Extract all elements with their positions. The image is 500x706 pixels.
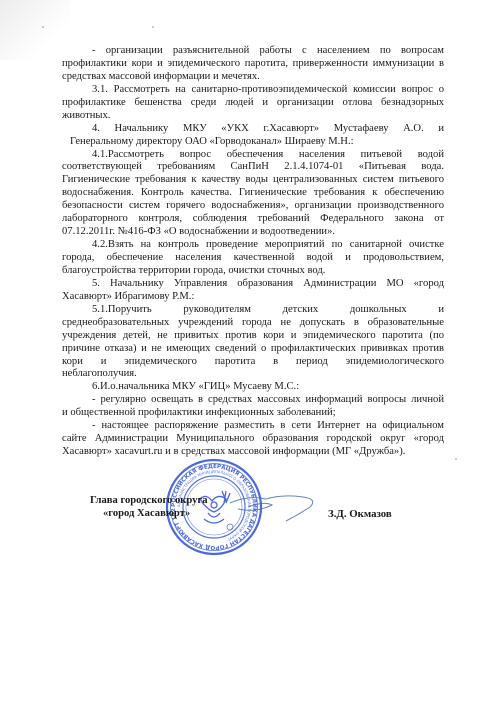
signature-title-line2: «город Хасавюрт»	[90, 507, 208, 520]
document-line: 3.1. Рассмотреть на санитарно-противоэпи…	[62, 84, 444, 97]
document-line: 4.1.Рассмотреть вопрос обеспечения насел…	[62, 149, 444, 162]
document-line: 4. Начальнику МКУ «УКХ г.Хасавюрт» Муста…	[62, 123, 444, 136]
document-line: 5.1.Поручить руководителям детских дошко…	[62, 304, 444, 317]
document-line: животных.	[62, 110, 444, 123]
document-line: неблагополучия.	[62, 368, 444, 381]
document-line: безопасности систем горячего водоснабжен…	[62, 200, 444, 213]
document-line: - регулярно освещать в средствах массовы…	[62, 394, 444, 407]
document-line: 5. Начальнику Управления образования Адм…	[62, 278, 444, 291]
document-line: города, обеспечение населения качественн…	[62, 252, 444, 265]
signature-title-line1: Глава городского округа	[90, 494, 208, 507]
document-line: профилактики кори и эпидемического парот…	[62, 58, 444, 71]
document-body: - организации разъяснительной работы с н…	[62, 45, 444, 459]
document-line: профилактике бешенства среди людей и орг…	[62, 97, 444, 110]
document-line: причине отказа) и не имеющих сведений о …	[62, 343, 444, 356]
document-line: водоснабжения. Контроль качества. Гигиен…	[62, 187, 444, 200]
handwritten-signature	[228, 485, 328, 525]
document-line: - организации разъяснительной работы с н…	[62, 45, 444, 58]
document-line: Гигиенические требования к качеству воды…	[62, 174, 444, 187]
signatory-name: З.Д. Окмазов	[328, 508, 392, 520]
document-line: сайте Администрации Муниципального образ…	[62, 433, 444, 446]
scan-speck	[455, 458, 457, 460]
document-line: - настоящее распоряжение разместить в се…	[62, 420, 444, 433]
scan-speck	[42, 26, 44, 28]
document-line: учреждения детей, не привитых против кор…	[62, 330, 444, 343]
document-line: соответствующей требованиям СанПиН 2.1.4…	[62, 161, 444, 174]
document-line: среднеобразовательных учреждений города …	[62, 317, 444, 330]
document-line: 6.И.о.начальника МКУ «ГИЦ» Мусаеву М.С.:	[62, 381, 444, 394]
scan-speck	[152, 26, 154, 28]
document-line: 07.12.2011г. №416-ФЗ «О водоснабжении и …	[62, 226, 444, 239]
document-line: Хасавюрт» Ибрагимову Р.М.:	[62, 291, 444, 304]
document-line: 4.2.Взять на контроль проведение меропри…	[62, 239, 444, 252]
document-line: кори и эпидемического паротита в период …	[62, 356, 444, 369]
document-line: лабораторного контроля, соблюдения требо…	[62, 213, 444, 226]
scan-page-fold	[0, 0, 70, 60]
document-line: средствах массовой информации и мечетях.	[62, 71, 444, 84]
document-line: и общественной профилактики инфекционных…	[62, 407, 444, 420]
document-line: благоустройства территории города, очист…	[62, 265, 444, 278]
document-line: Генеральному директору ОАО «Горводоканал…	[62, 136, 444, 149]
signature-title: Глава городского округа «город Хасавюрт»	[90, 494, 208, 520]
